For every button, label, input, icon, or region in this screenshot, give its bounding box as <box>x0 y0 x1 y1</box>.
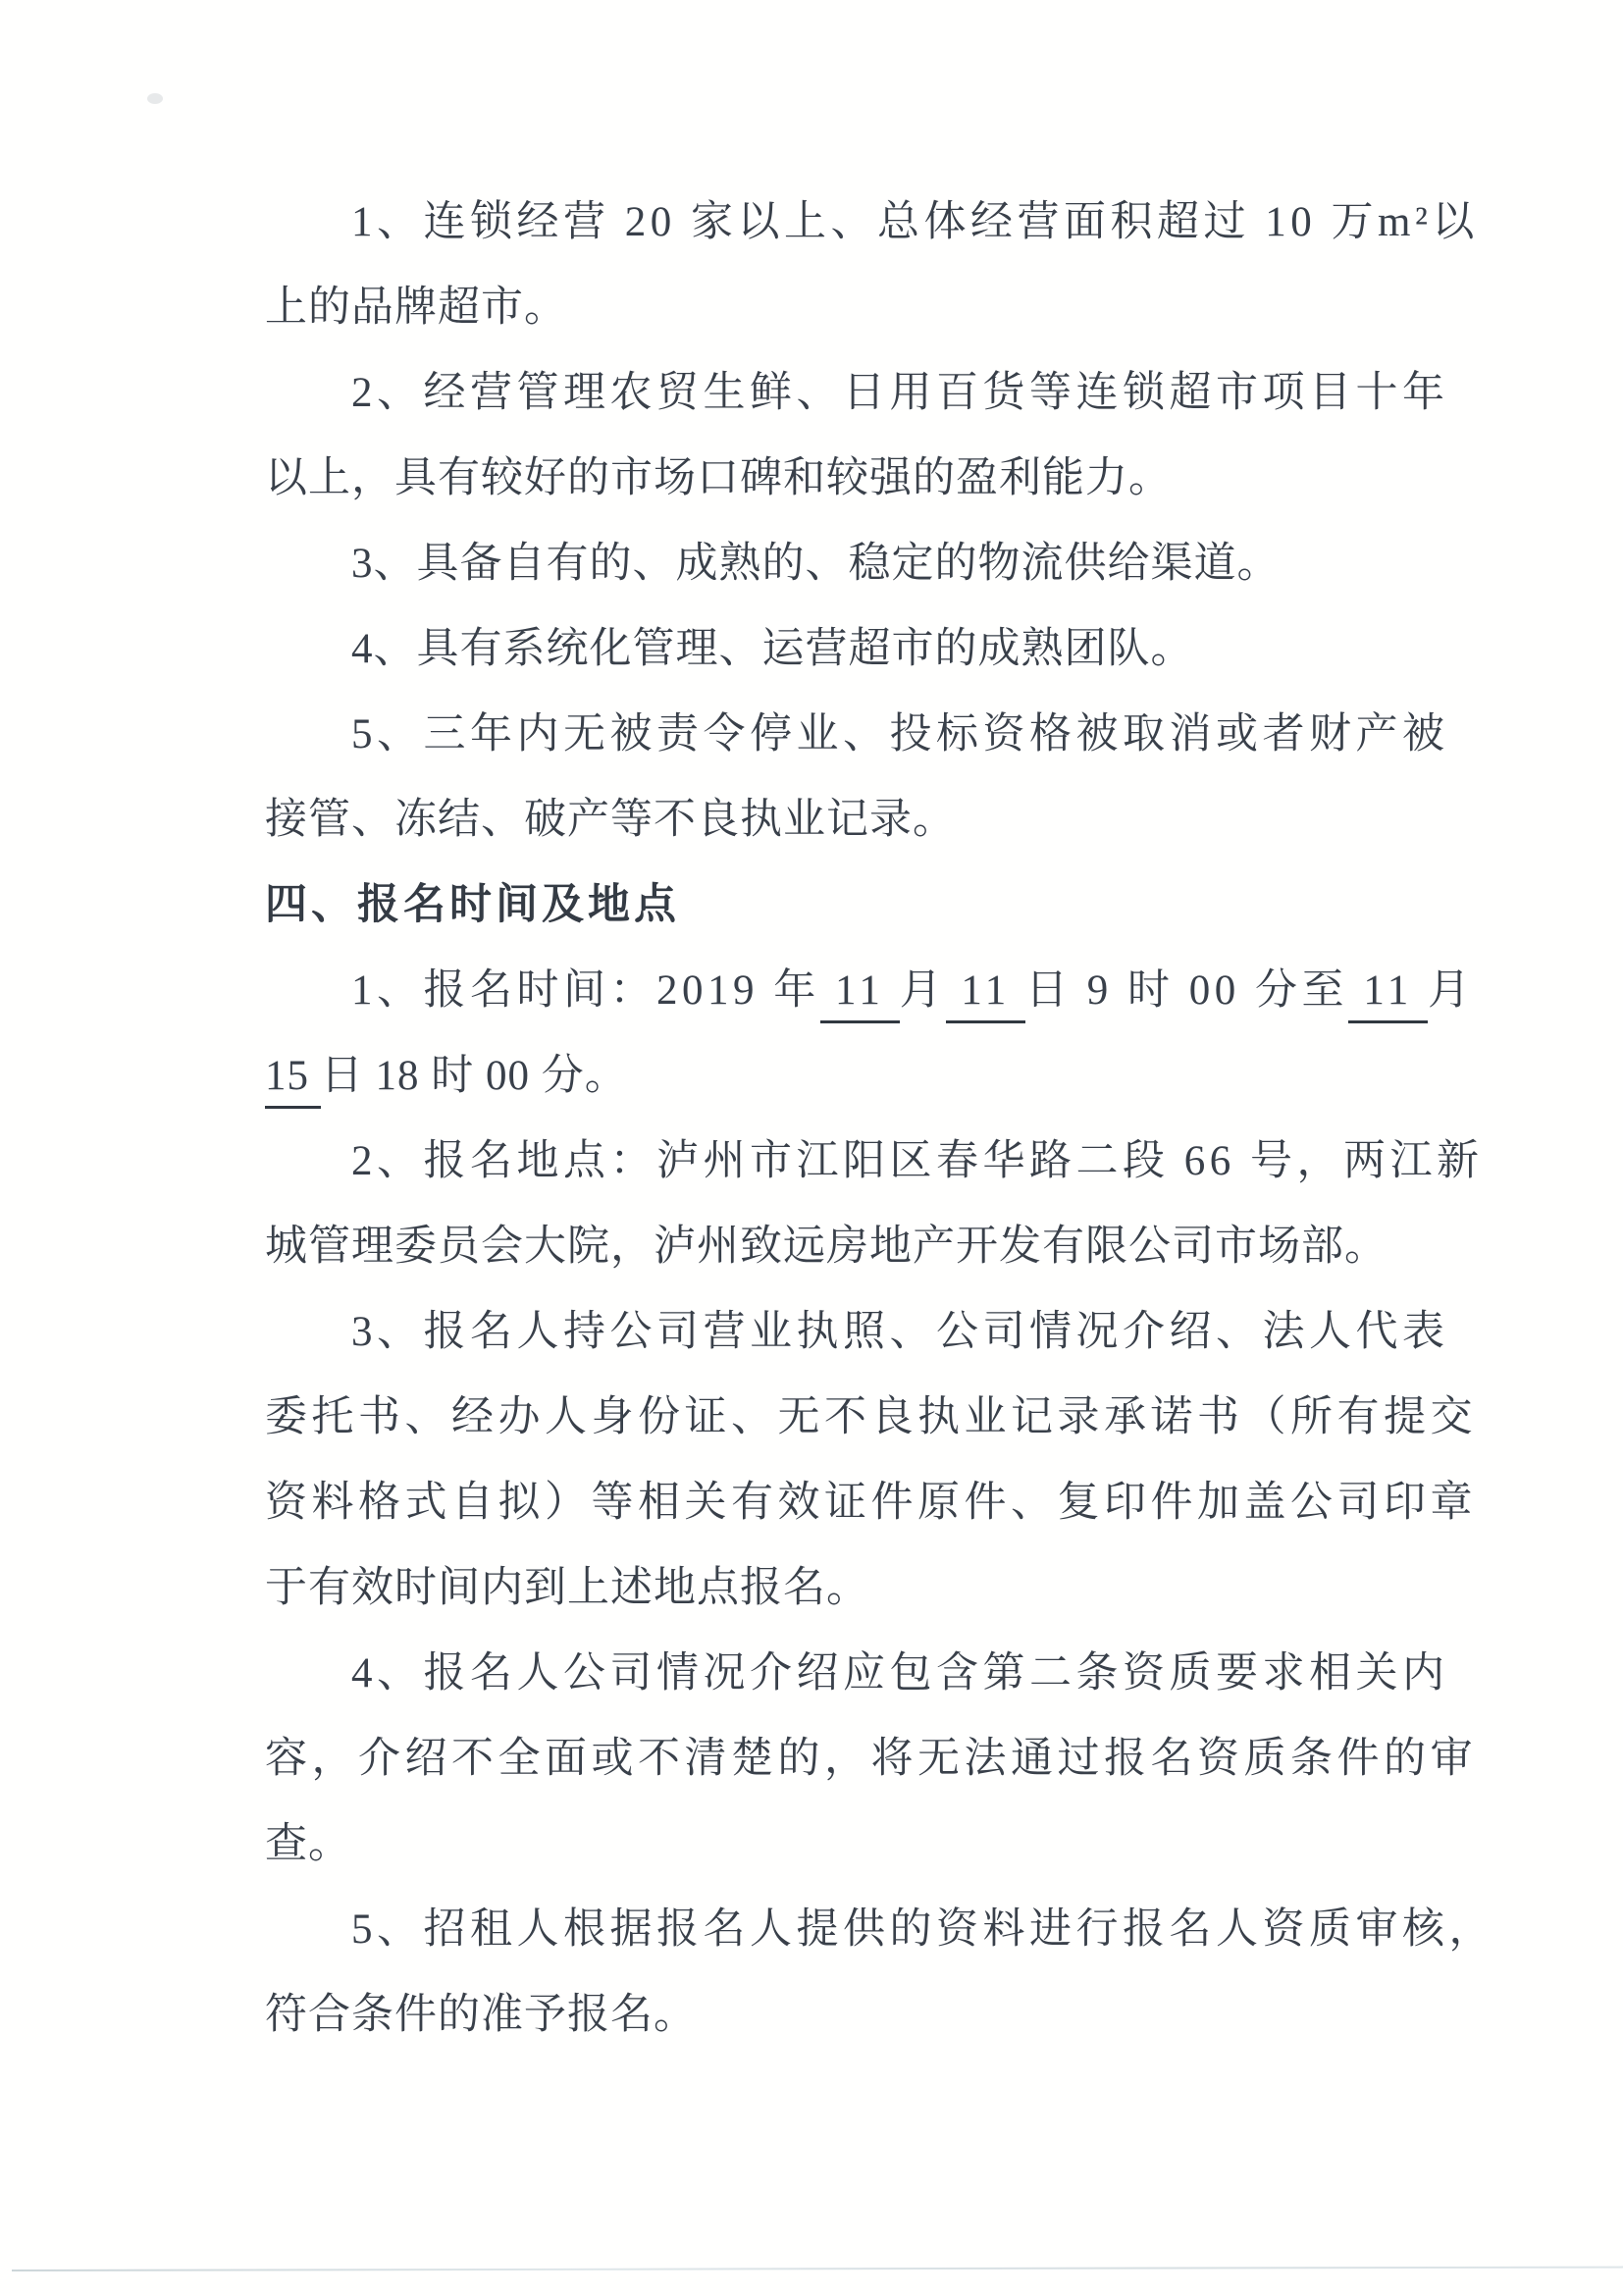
text-segment: 1、报名时间：2019 年 <box>351 967 820 1014</box>
text-segment: 月 <box>900 967 947 1014</box>
text-line: 3、具备自有的、成熟的、稳定的物流供给渠道。 <box>265 521 1393 606</box>
text-line: 1、报名时间：2019 年 11 月 11 日 9 时 00 分至 11 月 <box>265 948 1393 1033</box>
underlined-field: 11 <box>820 967 900 1023</box>
text-line: 4、具有系统化管理、运营超市的成熟团队。 <box>265 606 1393 692</box>
scan-artifact-line <box>12 2267 1623 2271</box>
text-line: 查。 <box>265 1801 1393 1887</box>
text-line: 委托书、经办人身份证、无不良执业记录承诺书（所有提交 <box>265 1375 1393 1460</box>
text-line: 上的品牌超市。 <box>265 265 1393 350</box>
underlined-field: 11 <box>946 967 1025 1023</box>
text-line: 1、连锁经营 20 家以上、总体经营面积超过 10 万m²以 <box>265 180 1393 265</box>
underlined-field: 11 <box>1348 967 1428 1023</box>
text-line: 于有效时间内到上述地点报名。 <box>265 1545 1393 1631</box>
text-segment: 日 9 时 00 分至 <box>1025 967 1348 1014</box>
scan-speck <box>147 93 163 104</box>
text-segment: 日 18 时 00 分。 <box>321 1053 628 1099</box>
section-heading: 四、报名时间及地点 <box>265 862 1393 948</box>
scanned-document-page: 1、连锁经营 20 家以上、总体经营面积超过 10 万m²以上的品牌超市。2、经… <box>0 0 1623 2296</box>
text-line: 5、招租人根据报名人提供的资料进行报名人资质审核， <box>265 1887 1393 1972</box>
text-line: 资料格式自拟）等相关有效证件原件、复印件加盖公司印章 <box>265 1460 1393 1545</box>
text-line: 以上，具有较好的市场口碑和较强的盈利能力。 <box>265 436 1393 521</box>
text-line: 3、报名人持公司营业执照、公司情况介绍、法人代表 <box>265 1289 1393 1375</box>
document-lines: 1、连锁经营 20 家以上、总体经营面积超过 10 万m²以上的品牌超市。2、经… <box>265 180 1393 2058</box>
text-line: 5、三年内无被责令停业、投标资格被取消或者财产被 <box>265 692 1393 777</box>
text-segment: 月 <box>1428 967 1475 1014</box>
text-line: 2、报名地点：泸州市江阳区春华路二段 66 号，两江新 <box>265 1119 1393 1204</box>
text-line: 15 日 18 时 00 分。 <box>265 1033 1393 1119</box>
underlined-field: 15 <box>265 1053 321 1109</box>
text-line: 容，介绍不全面或不清楚的，将无法通过报名资质条件的审 <box>265 1716 1393 1801</box>
text-line: 城管理委员会大院，泸州致远房地产开发有限公司市场部。 <box>265 1204 1393 1289</box>
text-line: 符合条件的准予报名。 <box>265 1972 1393 2058</box>
text-line: 4、报名人公司情况介绍应包含第二条资质要求相关内 <box>265 1631 1393 1716</box>
text-line: 2、经营管理农贸生鲜、日用百货等连锁超市项目十年 <box>265 350 1393 436</box>
text-line: 接管、冻结、破产等不良执业记录。 <box>265 777 1393 862</box>
